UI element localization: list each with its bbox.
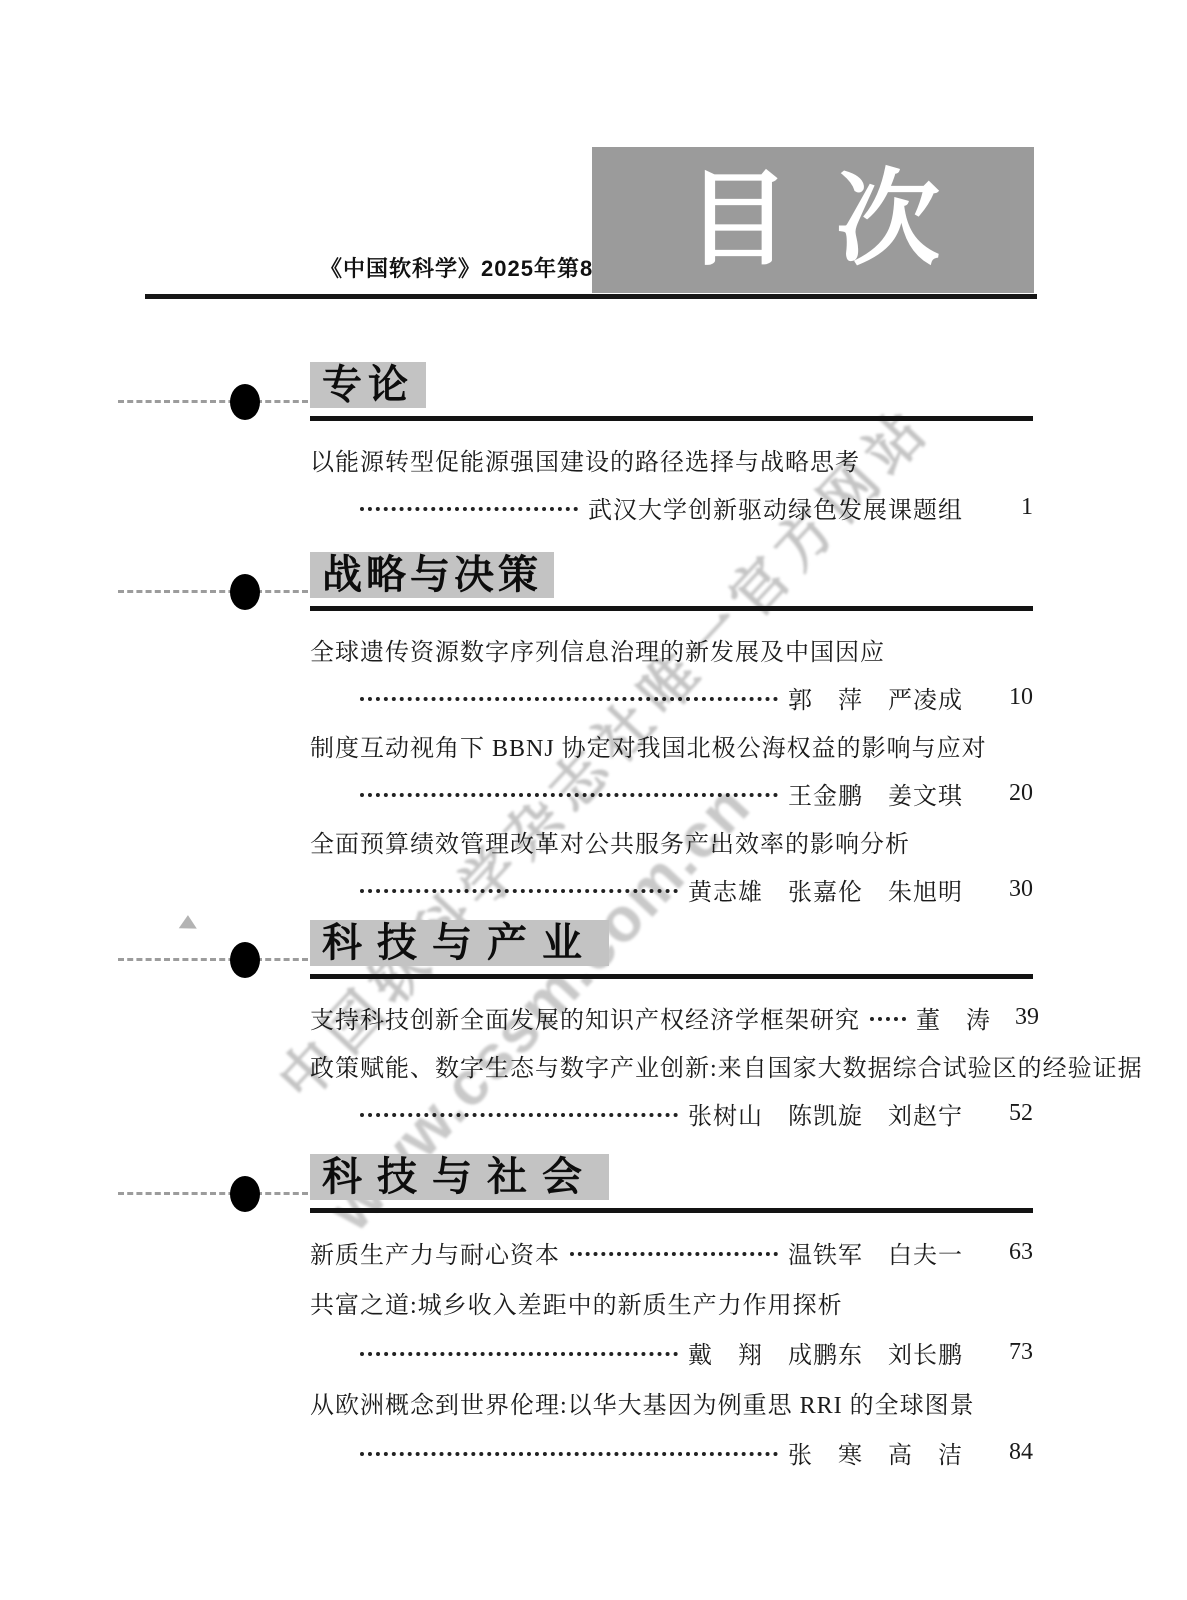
article-title-authors-row: 新质生产力与耐心资本 温铁军 白夫一 63	[310, 1227, 1033, 1277]
toc-title-box: 目次	[592, 147, 1034, 293]
article-title: 政策赋能、数字生态与数字产业创新:来自国家大数据综合试验区的经验证据	[310, 1048, 1143, 1083]
dotted-leader	[360, 1452, 778, 1456]
article-title: 共富之道:城乡收入差距中的新质生产力作用探析	[310, 1285, 843, 1320]
article-title: 新质生产力与耐心资本	[310, 1235, 560, 1270]
article-title-row: 全球遗传资源数字序列信息治理的新发展及中国因应	[310, 625, 1033, 673]
article-authors: 黄志雄 张嘉伦 朱旭明	[688, 872, 963, 907]
cursor-arrow-icon	[179, 915, 200, 937]
article-title-row: 共富之道:城乡收入差距中的新质生产力作用探析	[310, 1277, 1033, 1327]
section-strategy-decision: 战略与决策 全球遗传资源数字序列信息治理的新发展及中国因应 郭 萍 严凌成 10…	[310, 552, 1033, 913]
article-authors-row: 张树山 陈凯旋 刘赵宁 52	[310, 1089, 1033, 1137]
section-rule	[310, 1208, 1033, 1213]
article-page-number: 10	[987, 684, 1033, 711]
article-authors: 温铁军 白夫一	[788, 1235, 963, 1270]
article-title-row: 以能源转型促能源强国建设的路径选择与战略思考	[310, 435, 1033, 483]
article-page-number: 63	[987, 1239, 1033, 1266]
dotted-leader	[360, 793, 778, 797]
dotted-leader	[360, 507, 578, 511]
article-title-row: 制度互动视角下 BBNJ 协定对我国北极公海权益的影响与应对	[310, 721, 1033, 769]
dotted-leader	[360, 889, 678, 893]
article-authors: 张 寒 高 洁	[788, 1435, 963, 1470]
article-title: 全球遗传资源数字序列信息治理的新发展及中国因应	[310, 632, 885, 667]
dashed-line	[118, 958, 308, 961]
article-authors-row: 黄志雄 张嘉伦 朱旭明 30	[310, 865, 1033, 913]
article-title: 制度互动视角下 BBNJ 协定对我国北极公海权益的影响与应对	[310, 728, 987, 763]
article-title: 支持科技创新全面发展的知识产权经济学框架研究	[310, 1000, 860, 1035]
article-title-row: 政策赋能、数字生态与数字产业创新:来自国家大数据综合试验区的经验证据	[310, 1041, 1033, 1089]
article-authors-row: 张 寒 高 洁 84	[310, 1427, 1033, 1477]
section-rule	[310, 606, 1033, 611]
article-page-number: 20	[987, 780, 1033, 807]
article-title-row: 全面预算绩效管理改革对公共服务产出效率的影响分析	[310, 817, 1033, 865]
toc-page: 中国软科学杂志社唯一官方网站 www.cssm.com.cn 《中国软科学》20…	[0, 0, 1187, 1600]
bullet-icon	[230, 384, 260, 420]
journal-issue-label: 《中国软科学》2025年第8期	[320, 252, 616, 283]
header-rule	[145, 294, 1037, 299]
article-title: 以能源转型促能源强国建设的路径选择与战略思考	[310, 442, 860, 477]
article-page-number: 84	[987, 1439, 1033, 1466]
section-tech-society: 科技与社会 新质生产力与耐心资本 温铁军 白夫一 63 共富之道:城乡收入差距中…	[310, 1154, 1033, 1477]
article-page-number: 52	[987, 1100, 1033, 1127]
article-authors-row: 王金鹏 姜文琪 20	[310, 769, 1033, 817]
article-authors: 郭 萍 严凌成	[788, 680, 963, 715]
article-title: 从欧洲概念到世界伦理:以华大基因为例重思 RRI 的全球图景	[310, 1385, 975, 1420]
dashed-line	[118, 590, 308, 593]
article-authors: 王金鹏 姜文琪	[788, 776, 963, 811]
section-label: 科技与社会	[310, 1154, 609, 1200]
section-tech-industry: 科技与产业 支持科技创新全面发展的知识产权经济学框架研究 董 涛 39 政策赋能…	[310, 920, 1033, 1137]
section-special-topic: 专论 以能源转型促能源强国建设的路径选择与战略思考 武汉大学创新驱动绿色发展课题…	[310, 362, 1033, 531]
article-page-number: 30	[987, 876, 1033, 903]
section-rule	[310, 416, 1033, 421]
article-authors: 武汉大学创新驱动绿色发展课题组	[588, 490, 963, 525]
article-authors: 戴 翔 成鹏东 刘长鹏	[688, 1335, 963, 1370]
bullet-icon	[230, 942, 260, 978]
article-page-number: 73	[987, 1339, 1033, 1366]
dotted-leader	[570, 1252, 778, 1256]
article-authors-row: 郭 萍 严凌成 10	[310, 673, 1033, 721]
dotted-leader	[360, 697, 778, 701]
dotted-leader	[360, 1113, 678, 1117]
section-label: 专论	[310, 362, 426, 408]
article-authors-row: 戴 翔 成鹏东 刘长鹏 73	[310, 1327, 1033, 1377]
dashed-line	[118, 1192, 308, 1195]
bullet-icon	[230, 574, 260, 610]
bullet-icon	[230, 1176, 260, 1212]
article-page-number: 39	[1015, 1004, 1039, 1031]
toc-title: 目次	[640, 168, 986, 272]
dotted-leader	[870, 1017, 906, 1021]
article-title: 全面预算绩效管理改革对公共服务产出效率的影响分析	[310, 824, 910, 859]
article-title-row: 从欧洲概念到世界伦理:以华大基因为例重思 RRI 的全球图景	[310, 1377, 1033, 1427]
article-page-number: 1	[987, 494, 1033, 521]
article-authors: 张树山 陈凯旋 刘赵宁	[688, 1096, 963, 1131]
dotted-leader	[360, 1352, 678, 1356]
article-authors: 董 涛	[916, 1000, 991, 1035]
section-label: 科技与产业	[310, 920, 609, 966]
dashed-line	[118, 400, 308, 403]
section-rule	[310, 974, 1033, 979]
article-title-authors-row: 支持科技创新全面发展的知识产权经济学框架研究 董 涛 39	[310, 993, 1033, 1041]
article-authors-row: 武汉大学创新驱动绿色发展课题组 1	[310, 483, 1033, 531]
section-label: 战略与决策	[310, 552, 554, 598]
